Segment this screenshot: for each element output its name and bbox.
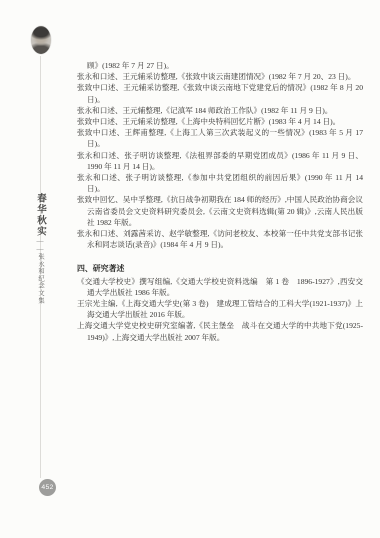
entry: 张永和口述、张子明访谈整理,《法租界部委的早期党团成员》(1986 年 11 月…: [77, 150, 363, 172]
entry: 张致中口述、王辉甫整理,《上海工人第三次武装起义的一些情况》(1983 年 5 …: [77, 127, 363, 149]
entry: 张致中口述、王元辅采访整理,《上海中央特科回忆片断》(1983 年 4 月 14…: [77, 116, 363, 127]
entry: 张致中口述、王元辅采访整理,《张致中谈云南地下党建党后的情况》(1982 年 8…: [77, 82, 363, 104]
reference-item: 王宗光主编,《上海交通大学史(第 3 卷) 建成理工管结合的工科大学(1921-…: [77, 298, 363, 320]
spine-title: 春华秋实: [35, 193, 46, 237]
reference-item: 《交通大学校史》撰写组编,《交通大学校史资料选编 第 1 卷 1896-1927…: [77, 276, 363, 298]
book-page: 春华秋实——张永和纪念文集 452 顾》(1982 年 7 月 27 日)。 张…: [0, 0, 380, 538]
page-number-badge: 452: [39, 479, 56, 496]
entry: 张致中回忆、吴中孚整理,《抗日战争初期我在 184 师的经历》,中国人民政治协商…: [77, 194, 363, 228]
spine-separator: ——: [36, 237, 44, 253]
section-heading: 四、研究著述: [77, 263, 363, 274]
portrait-photo: [31, 26, 51, 54]
entry: 张永和口述、王元辅采访整理,《张致中谈云南建团情况》(1982 年 7 月 20…: [77, 71, 363, 82]
spine-running-title: 春华秋实——张永和纪念文集: [31, 193, 49, 304]
entry: 张永和口述、王元辅整理,《记滇军 184 师政治工作队》(1982 年 11 月…: [77, 105, 363, 116]
entry: 张永和口述、张子明访谈整理,《参加中共党团组织的前因后果》(1990 年 11 …: [77, 172, 363, 194]
reference-item: 上海交通大学党史校史研究室编著,《民主堡垒 战斗在交通大学的中共地下党(1925…: [77, 320, 363, 342]
entry: 张永和口述、刘露茜采访、赵学敏整理,《访问老校友、本校第一任中共党支部书记张永和…: [77, 228, 363, 250]
spine-subtitle: 张永和纪念文集: [37, 253, 44, 304]
body-text: 顾》(1982 年 7 月 27 日)。 张永和口述、王元辅采访整理,《张致中谈…: [77, 60, 363, 343]
entry-continuation: 顾》(1982 年 7 月 27 日)。: [77, 60, 363, 71]
